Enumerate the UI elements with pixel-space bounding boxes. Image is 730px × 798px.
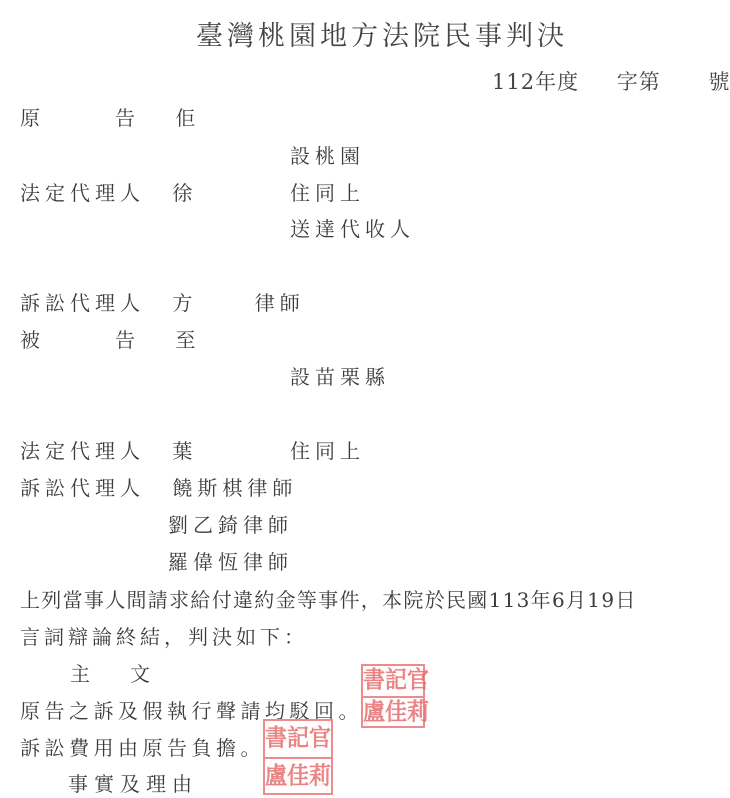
party-address: 設桃園 xyxy=(290,140,365,169)
facts-heading: 事實及理由 xyxy=(68,768,198,797)
case-word: 字第 xyxy=(617,66,661,96)
party-role: 法定代理人 xyxy=(20,181,145,205)
party-address: 設苗栗縣 xyxy=(290,361,390,390)
party-suffix: 律師 xyxy=(255,291,305,315)
party-role: 被 告 xyxy=(20,324,140,353)
party-role: 訴訟代理人 xyxy=(20,291,145,315)
case-number-suffix: 號 xyxy=(708,66,730,96)
party-role: 原 告 xyxy=(20,102,140,131)
case-number: 112年度 字第 號 xyxy=(492,66,730,96)
party-plaintiff-legal-rep: 法定代理人 徐 xyxy=(20,177,197,206)
party-name: 羅偉恆律師 xyxy=(168,546,293,575)
party-name: 饒斯棋律師 xyxy=(172,476,297,500)
party-address: 住同上 xyxy=(290,177,365,206)
party-plaintiff: 原 告 佢 xyxy=(20,102,200,131)
party-plaintiff-attorney: 訴訟代理人 方 律師 xyxy=(20,287,305,316)
party-defendant-legal-rep: 法定代理人 葉 xyxy=(20,435,197,464)
party-role: 法定代理人 xyxy=(20,439,145,463)
main-heading: 主 文 xyxy=(70,658,160,687)
ruling-2: 訴訟費用由原告負擔。 xyxy=(20,732,265,761)
party-name: 方 xyxy=(172,291,197,315)
party-name: 葉 xyxy=(172,439,197,463)
case-year: 112年度 xyxy=(492,66,579,96)
intro-line-1: 上列當事人間請求給付違約金等事件，本院於民國113年6月19日 xyxy=(20,584,637,613)
party-address: 住同上 xyxy=(290,435,365,464)
party-name: 劉乙錡律師 xyxy=(168,509,293,538)
party-name: 佢 xyxy=(175,106,200,130)
party-name: 徐 xyxy=(172,181,197,205)
clerk-seal: 書 記 官 盧 佳 莉 xyxy=(263,719,333,795)
intro-line-2: 言詞辯論終結，判決如下： xyxy=(20,621,308,650)
party-name: 至 xyxy=(175,328,200,352)
party-defendant: 被 告 至 xyxy=(20,324,200,353)
party-address: 送達代收人 xyxy=(290,213,415,242)
clerk-seal: 書 記 官 盧 佳 莉 xyxy=(361,664,425,728)
party-defendant-attorneys: 訴訟代理人 饒斯棋律師 xyxy=(20,472,297,501)
judgment-title: 臺灣桃園地方法院民事判決 xyxy=(196,14,568,53)
party-role: 訴訟代理人 xyxy=(20,476,145,500)
